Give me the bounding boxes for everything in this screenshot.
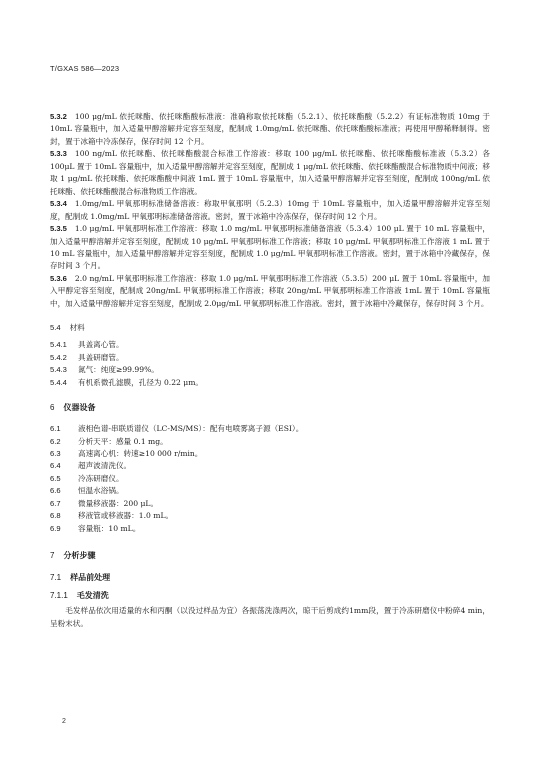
- clause-text: 2.0 ng/mL 甲氧那明标准工作溶液：移取 1.0 μg/mL 甲氧那明标准…: [50, 274, 490, 308]
- list-item: 5.4.4有机系微孔滤膜，孔径为 0.22 μm。: [50, 377, 490, 389]
- document-id-header: T/GXAS 586—2023: [50, 64, 119, 73]
- section-title: 材料: [70, 323, 85, 332]
- list-item: 6.7微量移液器：200 μL。: [50, 498, 490, 510]
- clause-number: 5.3.2: [50, 112, 67, 121]
- list-item: 6.5冷冻研磨仪。: [50, 473, 490, 485]
- clause-number: 5.3.6: [50, 274, 67, 283]
- section-number: 7.1.1: [50, 591, 68, 600]
- document-body: 5.3.2100 μg/mL 依托咪酯、依托咪酯酸标准液：准确称取依托咪酯（5.…: [50, 111, 490, 630]
- clause-5-3-5: 5.3.51.0 μg/mL 甲氧那明标准工作溶液：移取 1.0 mg/mL 甲…: [50, 223, 490, 273]
- section-number: 7.1: [50, 573, 61, 582]
- section-title: 分析步骤: [63, 551, 95, 560]
- clause-number: 5.3.4: [50, 199, 67, 208]
- page-number: 2: [62, 718, 66, 725]
- list-item: 5.4.1具盖离心管。: [50, 339, 490, 351]
- section-title: 仪器设备: [63, 403, 95, 412]
- list-item: 6.6恒温水浴锅。: [50, 485, 490, 497]
- clause-text: 1.0mg/mL 甲氧那明标准储备溶液：称取甲氧那明（5.2.3）10mg 于 …: [50, 199, 490, 220]
- list-item: 6.8移液管或移液器：1.0 mL。: [50, 510, 490, 522]
- clause-text: 100 μg/mL 依托咪酯、依托咪酯酸标准液：准确称取依托咪酯（5.2.1）、…: [50, 112, 490, 146]
- list-item: 5.4.3氮气：纯度≥99.99%。: [50, 364, 490, 376]
- section-number: 7: [50, 551, 54, 560]
- section-number: 5.4: [50, 323, 61, 332]
- section-heading-analysis-steps: 7分析步骤: [50, 550, 490, 562]
- list-item: 6.9容量瓶：10 mL。: [50, 523, 490, 535]
- clause-5-3-6: 5.3.62.0 ng/mL 甲氧那明标准工作溶液：移取 1.0 μg/mL 甲…: [50, 273, 490, 310]
- document-page: T/GXAS 586—2023 5.3.2100 μg/mL 依托咪酯、依托咪酯…: [0, 0, 551, 779]
- clause-text: 100 ng/mL 依托咪酯、依托咪酯酸混合标准工作溶液：移取 100 μg/m…: [50, 149, 490, 195]
- section-heading-equipment: 6仪器设备: [50, 402, 490, 414]
- clause-5-3-4: 5.3.41.0mg/mL 甲氧那明标准储备溶液：称取甲氧那明（5.2.3）10…: [50, 198, 490, 223]
- list-item: 6.4超声波清洗仪。: [50, 460, 490, 472]
- section-title: 毛发清洗: [77, 591, 109, 600]
- list-item: 6.3高速离心机：转速≥10 000 r/min。: [50, 448, 490, 460]
- clause-5-3-2: 5.3.2100 μg/mL 依托咪酯、依托咪酯酸标准液：准确称取依托咪酯（5.…: [50, 111, 490, 148]
- section-heading-materials: 5.4材料: [50, 322, 490, 334]
- clause-text: 1.0 μg/mL 甲氧那明标准工作溶液：移取 1.0 mg/mL 甲氧那明标准…: [50, 224, 490, 270]
- section-heading-hair-washing: 7.1.1毛发清洗: [50, 590, 490, 602]
- clause-number: 5.3.3: [50, 149, 67, 158]
- section-title: 样品前处理: [70, 573, 110, 582]
- clause-number: 5.3.5: [50, 224, 67, 233]
- list-item: 6.2分析天平：感量 0.1 mg。: [50, 436, 490, 448]
- hair-washing-paragraph: 毛发样品依次用适量的水和丙酮（以没过样品为宜）各振荡洗涤两次，晾干后剪成约1mm…: [50, 605, 490, 630]
- section-number: 6: [50, 403, 54, 412]
- list-item: 6.1液相色谱-串联质谱仪（LC-MS/MS）：配有电喷雾离子源（ESI）。: [50, 423, 490, 435]
- clause-5-3-3: 5.3.3100 ng/mL 依托咪酯、依托咪酯酸混合标准工作溶液：移取 100…: [50, 148, 490, 198]
- list-item: 5.4.2具盖研磨管。: [50, 352, 490, 364]
- section-heading-sample-pretreatment: 7.1样品前处理: [50, 572, 490, 584]
